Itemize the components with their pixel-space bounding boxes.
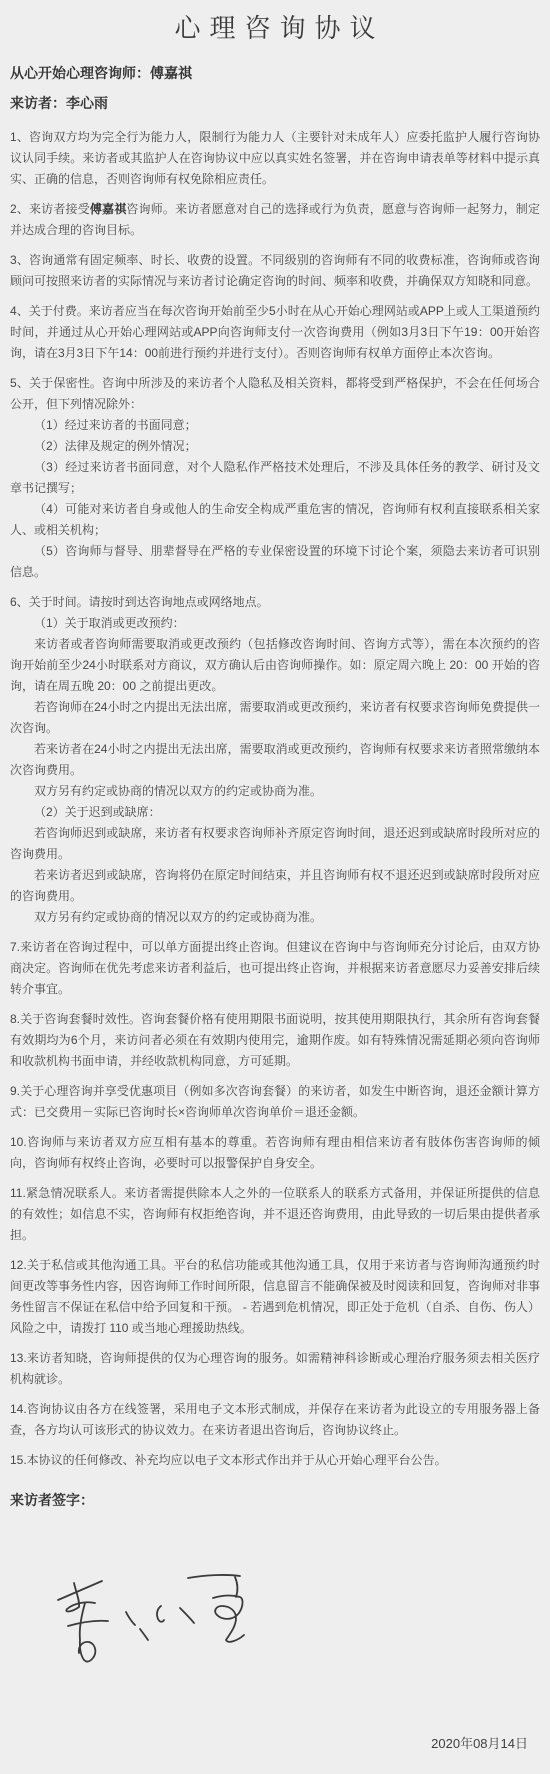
agreement-term: （2）关于迟到或缺席：	[10, 802, 540, 823]
agreement-term: 若咨询师在24小时之内提出无法出席，需要取消或更改预约，来访者有权要求咨询师免费…	[10, 697, 540, 739]
agreement-term: 来访者或者咨询师需要取消或更改预约（包括修改咨询时间、咨询方式等），需在本次预约…	[10, 634, 540, 697]
agreement-term: 1、咨询双方均为完全行为能力人，限制行为能力人（主要针对未成年人）应委托监护人履…	[10, 127, 540, 190]
terms-list: 1、咨询双方均为完全行为能力人，限制行为能力人（主要针对未成年人）应委托监护人履…	[10, 121, 540, 1471]
agreement-term: 13.来访者知晓，咨询师提供的仅为心理咨询的服务。如需精神科诊断或心理治疗服务须…	[10, 1348, 540, 1390]
agreement-term: 若来访者在24小时之内提出无法出席，需要取消或更改预约，咨询师有权要求来访者照常…	[10, 739, 540, 781]
agreement-term: （1）关于取消或更改预约：	[10, 613, 540, 634]
agreement-term: 若咨询师迟到或缺席，来访者有权要求咨询师补齐原定咨询时间，退还迟到或缺席时段所对…	[10, 823, 540, 865]
counselor-line: 从心开始心理咨询师：傅嘉祺	[10, 63, 540, 83]
signature-strokes-icon	[30, 1545, 270, 1695]
agreement-term: 11.紧急情况联系人。来访者需提供除本人之外的一位联系人的联系方式备用，并保证所…	[10, 1183, 540, 1246]
agreement-term: 2、来访者接受傅嘉祺咨询师。来访者愿意对自己的选择或行为负责，愿意与咨询师一起努…	[10, 199, 540, 241]
agreement-term: 双方另有约定或协商的情况以双方的约定或协商为准。	[10, 781, 540, 802]
agreement-term: 9.关于心理咨询并享受优惠项目（例如多次咨询套餐）的来访者，如发生中断咨询，退还…	[10, 1081, 540, 1123]
agreement-term: 3、咨询通常有固定频率、时长、收费的设置。不同级别的咨询师有不同的收费标准，咨询…	[10, 250, 540, 292]
visitor-line: 来访者：李心雨	[10, 93, 540, 113]
agreement-term: 15.本协议的任何修改、补充均应以电子文本形式作出并于从心开始心理平台公告。	[10, 1450, 540, 1471]
agreement-term: 10.咨询师与来访者双方应互相有基本的尊重。若咨询师有理由相信来访者有肢体伤害咨…	[10, 1132, 540, 1174]
counselor-name: 傅嘉祺	[90, 202, 127, 216]
agreement-term: 8.关于咨询套餐时效性。咨询套餐价格有使用期限书面说明，按其使用期限执行，其余所…	[10, 1009, 540, 1072]
agreement-term: （1）经过来访者的书面同意；	[10, 415, 540, 436]
term-text: 2、来访者接受	[10, 202, 90, 216]
agreement-term: 12.关于私信或其他沟通工具。平台的私信功能或其他沟通工具，仅用于来访者与咨询师…	[10, 1255, 540, 1339]
agreement-term: 14.咨询协议由各方在线签署，采用电子文本形式制成，并保存在来访者为此设立的专用…	[10, 1399, 540, 1441]
agreement-term: 若来访者迟到或缺席，咨询将仍在原定时间结束，并且咨询师有权不退还迟到或缺席时段所…	[10, 865, 540, 907]
signature-label: 来访者签字：	[10, 1490, 540, 1510]
agreement-term: 4、关于付费。来访者应当在每次咨询开始前至少5小时在从心开始心理网站或APP上或…	[10, 301, 540, 364]
agreement-term: （3）经过来访者书面同意，对个人隐私作严格技术处理后，不涉及具体任务的教学、研讨…	[10, 457, 540, 499]
agreement-term: （4）可能对来访者自身或他人的生命安全构成严重危害的情况，咨询师有权利直接联系相…	[10, 499, 540, 541]
agreement-term: （5）咨询师与督导、朋辈督导在严格的专业保密设置的环境下讨论个案，须隐去来访者可…	[10, 541, 540, 583]
signature-date: 2020年08月14日	[10, 1735, 528, 1753]
agreement-document: 心理咨询协议 从心开始心理咨询师：傅嘉祺 来访者：李心雨 1、咨询双方均为完全行…	[0, 8, 550, 1753]
agreement-term: 7.来访者在咨询过程中，可以单方面提出终止咨询。但建议在咨询中与咨询师充分讨论后…	[10, 937, 540, 1000]
agreement-term: 6、关于时间。请按时到达咨询地点或网络地点。	[10, 592, 540, 613]
page-title: 心理咨询协议	[10, 8, 540, 45]
agreement-term: 双方另有约定或协商的情况以双方的约定或协商为准。	[10, 907, 540, 928]
handwritten-signature	[30, 1545, 270, 1695]
agreement-term: （2）法律及规定的例外情况；	[10, 436, 540, 457]
agreement-term: 5、关于保密性。咨询中所涉及的来访者个人隐私及相关资料，都将受到严格保护，不会在…	[10, 373, 540, 415]
